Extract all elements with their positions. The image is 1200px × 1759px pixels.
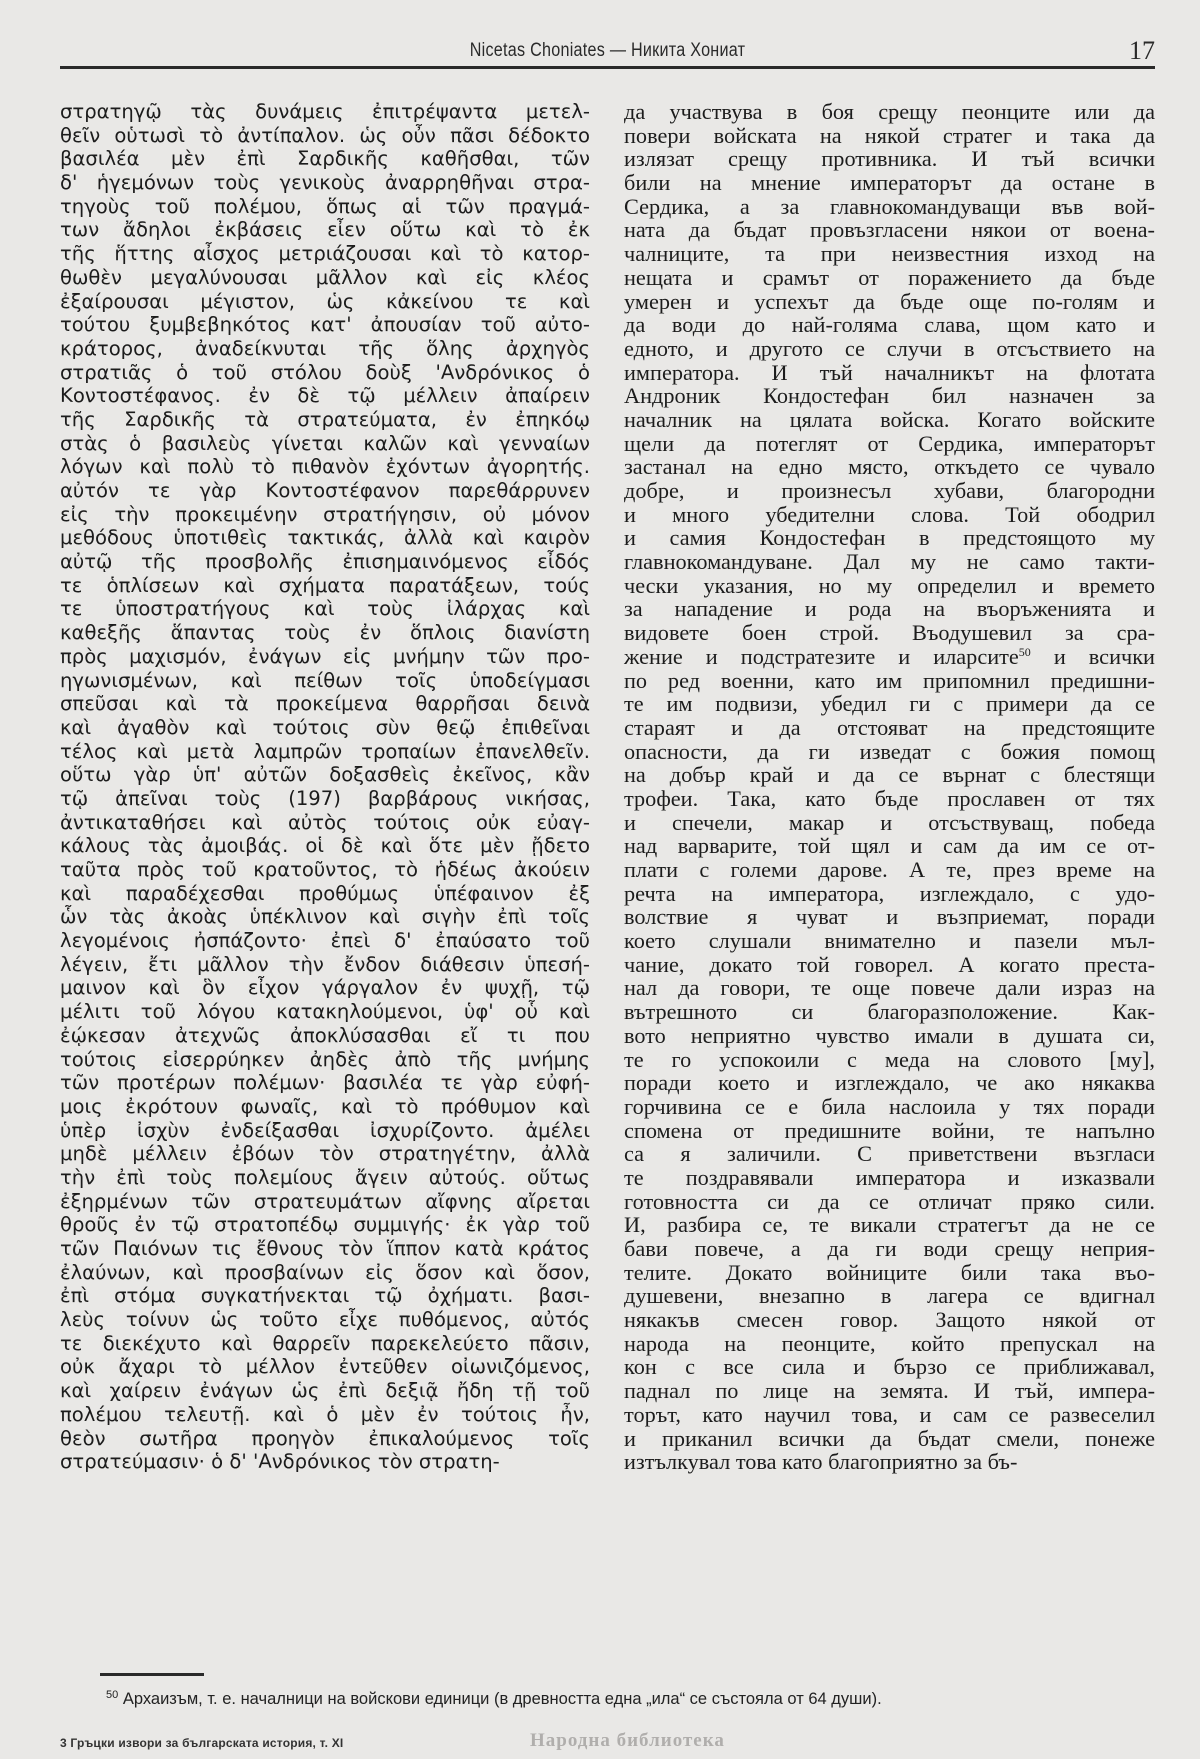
greek-text-line: θεῖν οὑτωσὶ τὸ ἀντίπαλον. ὡς οὖν πᾶσι δέ… <box>60 124 590 148</box>
greek-text-line: ὑπὲρ ἰσχὺν ἐνδείξασθαι ἰσχυρίζοντο. ἀμέλ… <box>60 1119 590 1143</box>
bulgarian-text-line: нещата и срамът от поражението да бъде <box>624 266 1155 290</box>
bulgarian-text-line: те го успокоили с меда на словото [му], <box>624 1048 1155 1072</box>
bulgarian-text-line: чески указания, но му определил и времет… <box>624 574 1155 598</box>
greek-text-line: τούτου ξυμβεβηκότος κατ' ἀπουσίαν τοῦ αὐ… <box>60 313 590 337</box>
greek-text-line: ἐλαύνων, καὶ προσβαίνων εἰς ὅσον καὶ ὅσο… <box>60 1261 590 1285</box>
greek-text-line: στὰς ὁ βασιλεὺς γίνεται καλῶν καὶ γενναί… <box>60 432 590 456</box>
greek-text-line: καὶ χαίρειν ἐνάγων ὡς ἐπὶ δεξιᾷ ἤδη τῇ τ… <box>60 1379 590 1403</box>
greek-text-column: στρατηγῷ τὰς δυνάμεις ἐπιτρέψαντα μετελ-… <box>60 100 590 1474</box>
greek-text-line: λεὺς τοίνυν ὡς τοῦτο εἶχε πυθόμενος, αὐτ… <box>60 1308 590 1332</box>
bulgarian-text-line: трофеи. Така, като бъде прославен от тях <box>624 787 1155 811</box>
greek-text-line: ἐξηρμένων τῶν στρατευμάτων αἴφνης αἴρετα… <box>60 1190 590 1214</box>
greek-text-line: στρατεύμασιν· ὁ δ' 'Ανδρόνικος τὸν στρατ… <box>60 1450 590 1474</box>
bulgarian-text-line: и спечели, макар и отсъствуващ, победа <box>624 811 1155 835</box>
greek-text-line: τῷ ἀπεῖναι τοὺς (197) βαρβάρους νικήσας, <box>60 787 590 811</box>
greek-text-line: τὴν ἐπὶ τοὺς πολεμίους ἄγειν αὐτούς. οὕτ… <box>60 1166 590 1190</box>
greek-text-line: καθεξῆς ἅπαντας τοὺς ἐν ὅπλοις διανίστη <box>60 621 590 645</box>
greek-text-line: Κοντοστέφανος. ἐν δὲ τῷ μέλλειν ἀπαίρειν <box>60 384 590 408</box>
document-page: Nicetas Choniates — Никита Хониат 17 στρ… <box>0 0 1200 1759</box>
greek-text-line: δ' ἡγεμόνων τοὺς γενικοὺς ἀναρρηθῆναι στ… <box>60 171 590 195</box>
bulgarian-text-line: опасности, да ги изведат с божия помощ <box>624 740 1155 764</box>
bulgarian-text-line: някакъв смесен говор. Защото някой от <box>624 1308 1155 1332</box>
bulgarian-text-line: готовността си да се отличат пряко сили. <box>624 1190 1155 1214</box>
bulgarian-text-line: щели да потеглят от Сердика, императорът <box>624 432 1155 456</box>
bulgarian-text-line: излязат срещу противника. И тъй всички <box>624 147 1155 171</box>
greek-text-line: μεθόδους ὑποτιθεὶς τακτικάς, ἀλλὰ καὶ κα… <box>60 526 590 550</box>
footnote-marker: 50 <box>106 1689 118 1701</box>
greek-text-line: ὧν τὰς ἀκοὰς ὑπέκλινον καὶ σιγὴν ἐπὶ τοῖ… <box>60 905 590 929</box>
greek-text-line: ἐξαίρουσαι μέγιστον, ὡς κἀκείνου τε καὶ <box>60 290 590 314</box>
bulgarian-text-line: чание, докато той говорел. А когато прес… <box>624 953 1155 977</box>
greek-text-line: ἐπὶ στόμα συγκατήνεκται τῷ ὀχήματι. βασι… <box>60 1284 590 1308</box>
bulgarian-text-line: волствие я чуват и възприемат, поради <box>624 905 1155 929</box>
printer-signature: 3 Гръцки извори за българската история, … <box>60 1736 343 1750</box>
bulgarian-text-line: плати с големи дарове. А те, през време … <box>624 858 1155 882</box>
greek-text-line: βασιλέα μὲν ἐπὶ Σαρδικῆς καθῆσθαι, τῶν <box>60 147 590 171</box>
bulgarian-text-line: душевени, внезапно в лагера се вдигнал <box>624 1284 1155 1308</box>
greek-text-line: μηδὲ μέλλειν ἐβόων τὸν στρατηγέτην, ἀλλὰ <box>60 1142 590 1166</box>
greek-text-line: στρατηγῷ τὰς δυνάμεις ἐπιτρέψαντα μετελ- <box>60 100 590 124</box>
bulgarian-text-line: кон с все сила и бързо се приближавал, <box>624 1355 1155 1379</box>
greek-text-line: αὐτόν τε γὰρ Κοντοστέφανον παρεθάρρυνεν <box>60 479 590 503</box>
bulgarian-translation-column: да участвува в боя срещу пеонците или да… <box>624 100 1155 1474</box>
greek-text-line: τῆς Σαρδικῆς τὰ στρατεύματα, ἐν ἐπηκόῳ <box>60 408 590 432</box>
greek-text-line: κράτορος, ἀναδείκνυται τῆς ὅλης ἀρχηγὸς <box>60 337 590 361</box>
bulgarian-text-line: бави повече, а да ги води срещу неприя- <box>624 1237 1155 1261</box>
bulgarian-text-line: да води до най-голяма слава, щом като и <box>624 313 1155 337</box>
bulgarian-text-line: главнокомандуване. Дал му не само такти- <box>624 550 1155 574</box>
greek-text-line: ηγωνισμένων, καὶ πείθων τοῖς ὑποδείγμασι <box>60 669 590 693</box>
bulgarian-text-line: и самия Кондостефан в предстоящото му <box>624 526 1155 550</box>
greek-text-line: τῶν Παιόνων τις ἔθνους τὸν ἵππον κατὰ κρ… <box>60 1237 590 1261</box>
greek-text-line: θωθὲν μεγαλύνουσαι μᾶλλον καὶ εἰς κλέος <box>60 266 590 290</box>
greek-text-line: σπεῦσαι καὶ τὰ προκείμενα θαρρῆσαι δεινὰ <box>60 692 590 716</box>
bulgarian-text-line: повери войската на някой стратег и така … <box>624 124 1155 148</box>
bulgarian-text-line: поради което и изглеждало, че ако някакв… <box>624 1071 1155 1095</box>
greek-text-line: ταῦτα πρὸς τοῦ κρατοῦντος, τὸ ἡδέως ἀκού… <box>60 858 590 882</box>
library-stamp: Народна библиотека <box>530 1730 725 1752</box>
bulgarian-text-line: вътрешното си благоразположение. Как- <box>624 1000 1155 1024</box>
greek-text-line: θροῦς ἐν τῷ στρατοπέδῳ συμμιγής· ἐκ γὰρ … <box>60 1213 590 1237</box>
bulgarian-text-line: вото неприятно чувство имали в душата си… <box>624 1024 1155 1048</box>
bulgarian-text-line: горчивина се е била наслоила у тях порад… <box>624 1095 1155 1119</box>
greek-text-line: τούτοις εἰσερρύηκεν ἀηδὲς ἀπὸ τῆς μνήμης <box>60 1048 590 1072</box>
bulgarian-text-line: са я заличили. С приветствени възгласи <box>624 1142 1155 1166</box>
bulgarian-text-line: над варварите, той щял и сам да им се от… <box>624 834 1155 858</box>
footnote-text: Архаизъм, т. е. началници на войскови ед… <box>123 1690 882 1708</box>
bulgarian-text-line: били на мнение императорът да остане в <box>624 171 1155 195</box>
bulgarian-text-line: умерен и успехът да бъде още по-голям и <box>624 290 1155 314</box>
greek-text-line: τηγοὺς τοῦ πολέμου, ὅπως αἱ τῶν πραγμά- <box>60 195 590 219</box>
greek-text-line: λόγων καὶ πολὺ τὸ πιθανὸν ἐχόντων ἀγορητ… <box>60 455 590 479</box>
bulgarian-text-line: те поздравявали императора и изказвали <box>624 1166 1155 1190</box>
greek-text-line: στρατιᾶς ὁ τοῦ στόλου δοὺξ 'Ανδρόνικος ὁ <box>60 361 590 385</box>
greek-text-line: ἐῴκεσαν ἀτεχνῶς ἀποκλύσασθαι εἴ τι που <box>60 1024 590 1048</box>
bulgarian-text-line: И, разбира се, те викали стратегът да не… <box>624 1213 1155 1237</box>
greek-text-line: οὕτω γὰρ ὑπ' αὐτῶν δοξασθεὶς ἐκεῖνος, κἂ… <box>60 763 590 787</box>
bulgarian-text-line: ната да бъдат провъзгласени някои от вое… <box>624 218 1155 242</box>
bulgarian-text-line: да участвува в боя срещу пеонците или да <box>624 100 1155 124</box>
footnote-separator <box>100 1673 204 1676</box>
running-title: Nicetas Choniates — Никита Хониат <box>142 40 1073 62</box>
bulgarian-text-line: видовете боен строй. Въодушевил за сра- <box>624 621 1155 645</box>
greek-text-line: καὶ ἀγαθὸν καὶ τούτοις σὺν θεῷ ἐπιθεῖναι <box>60 716 590 740</box>
bulgarian-text-line: изтълкувал това като благоприятно за бъ- <box>624 1450 1155 1474</box>
greek-text-line: μαινον καὶ ὃν εἶχον γάργαλον ἐν ψυχῇ, τῷ <box>60 976 590 1000</box>
greek-text-line: οὐκ ἄχαρι τὸ μέλλον ἐντεῦθεν οἰωνιζόμενο… <box>60 1355 590 1379</box>
greek-text-line: τῶν προτέρων πολέμων· βασιλέα τε γὰρ εὐφ… <box>60 1071 590 1095</box>
bulgarian-text-line: Сердика, а за главнокомандуващи във вой- <box>624 195 1155 219</box>
greek-text-line: θεὸν σωτῆρα προηγὸν ἐπικαλούμενος τοῖς <box>60 1427 590 1451</box>
greek-text-line: μέλιτι τοῦ λόγου κατακηλούμενοι, ὑφ' οὗ … <box>60 1000 590 1024</box>
greek-text-line: αὐτῷ τῆς προσβολῆς ἐπισημαινόμενος εἶδός <box>60 550 590 574</box>
bulgarian-text-line: по ред военни, като им припомнил предишн… <box>624 669 1155 693</box>
bulgarian-text-line: спомена от предишните войни, те напълно <box>624 1119 1155 1143</box>
greek-text-line: τέλος καὶ μετὰ λαμπρῶν τροπαίων ἐπανελθε… <box>60 740 590 764</box>
bulgarian-text-line: застанал на едно място, откъдето се чува… <box>624 455 1155 479</box>
greek-text-line: λεγομένοις ἠσπάζοντο· ἐπεὶ δ' ἐπαύσατο τ… <box>60 929 590 953</box>
page-number: 17 <box>1129 36 1155 66</box>
footnote: 50 Архаизъм, т. е. началници на войскови… <box>106 1690 1156 1709</box>
greek-text-line: των ἄδηλοι ἐκβάσεις εἶεν οὕτω καὶ τὸ ἐκ <box>60 218 590 242</box>
bulgarian-text-line: на добър край и да се върнат с блестящи <box>624 763 1155 787</box>
greek-text-line: τε διεκέχυτο καὶ θαρρεῖν παρεκελεύετο πᾶ… <box>60 1332 590 1356</box>
bulgarian-text-line: добре, и произнесъл хубави, благородни <box>624 479 1155 503</box>
bulgarian-text-line: народа на пеонците, който препускал на <box>624 1332 1155 1356</box>
running-head: Nicetas Choniates — Никита Хониат 17 <box>60 38 1155 69</box>
greek-text-line: μοις ἐκρότουν φωναῖς, καὶ τὸ πρόθυμον κα… <box>60 1095 590 1119</box>
bulgarian-text-line: Андроник Кондостефан бил назначен за <box>624 384 1155 408</box>
greek-text-line: λέγειν, ἔτι μᾶλλον τὴν ἔνδον διάθεσιν ὑπ… <box>60 953 590 977</box>
greek-text-line: πολέμου τελευτῇ. καὶ ὁ μὲν ἐν τούτοις ἦν… <box>60 1403 590 1427</box>
bulgarian-text-line: което слушали внимателно и пазели мъл- <box>624 929 1155 953</box>
bulgarian-text-line: жение и подстратезите и иларсите50 и вси… <box>624 645 1155 669</box>
greek-text-line: τε ὑποστρατήγους καὶ τοὺς ἰλάρχας καὶ <box>60 597 590 621</box>
footnote-reference[interactable]: 50 <box>1019 645 1031 659</box>
bulgarian-text-line: паднал по лице на земята. И тъй, импера- <box>624 1379 1155 1403</box>
bulgarian-text-line: за нападение и рода на въоръженията и <box>624 597 1155 621</box>
bulgarian-text-line: телите. Докато войниците били така въо- <box>624 1261 1155 1285</box>
bulgarian-text-line: речта на императора, изглеждало, с удо- <box>624 882 1155 906</box>
greek-text-line: κάλους τὰς ἀμοιβάς. οἱ δὲ καὶ ὅτε μὲν ᾔδ… <box>60 834 590 858</box>
bulgarian-text-line: и приканил всички да бъдат смели, понеже <box>624 1427 1155 1451</box>
bulgarian-text-line: едното, и другото се случи в отсъствието… <box>624 337 1155 361</box>
greek-text-line: τε ὁπλίσεων καὶ σχήματα παρατάξεων, τούς <box>60 574 590 598</box>
greek-text-line: τῆς ἥττης αἶσχος μετριάζουσαι καὶ τὸ κατ… <box>60 242 590 266</box>
bulgarian-text-line: нал да говори, те още повече дали израз … <box>624 976 1155 1000</box>
bulgarian-text-line: императора. И тъй началникът на флотата <box>624 361 1155 385</box>
bulgarian-text-line: торът, като научил това, и сам се развес… <box>624 1403 1155 1427</box>
bulgarian-text-line: те им подвизи, убедил ги с примери да се <box>624 692 1155 716</box>
greek-text-line: ἀντικαταθήσει καὶ αὐτὸς τούτοις οὐκ εὐαγ… <box>60 811 590 835</box>
bulgarian-text-line: началник на цялата войска. Когато войски… <box>624 408 1155 432</box>
greek-text-line: καὶ παραδέχεσθαι προθύμως ὑπέφαινον ἐξ <box>60 882 590 906</box>
bulgarian-text-line: стараят и да отстояват на предстоящите <box>624 716 1155 740</box>
greek-text-line: πρὸς μαχισμόν, ἐνάγων εἰς μνήμην τῶν προ… <box>60 645 590 669</box>
greek-text-line: εἰς τὴν προκειμένην στρατήγησιν, οὐ μόνο… <box>60 503 590 527</box>
bulgarian-text-line: и много убедителни слова. Той ободрил <box>624 503 1155 527</box>
bulgarian-text-line: чалниците, та при неизвестния изход на <box>624 242 1155 266</box>
